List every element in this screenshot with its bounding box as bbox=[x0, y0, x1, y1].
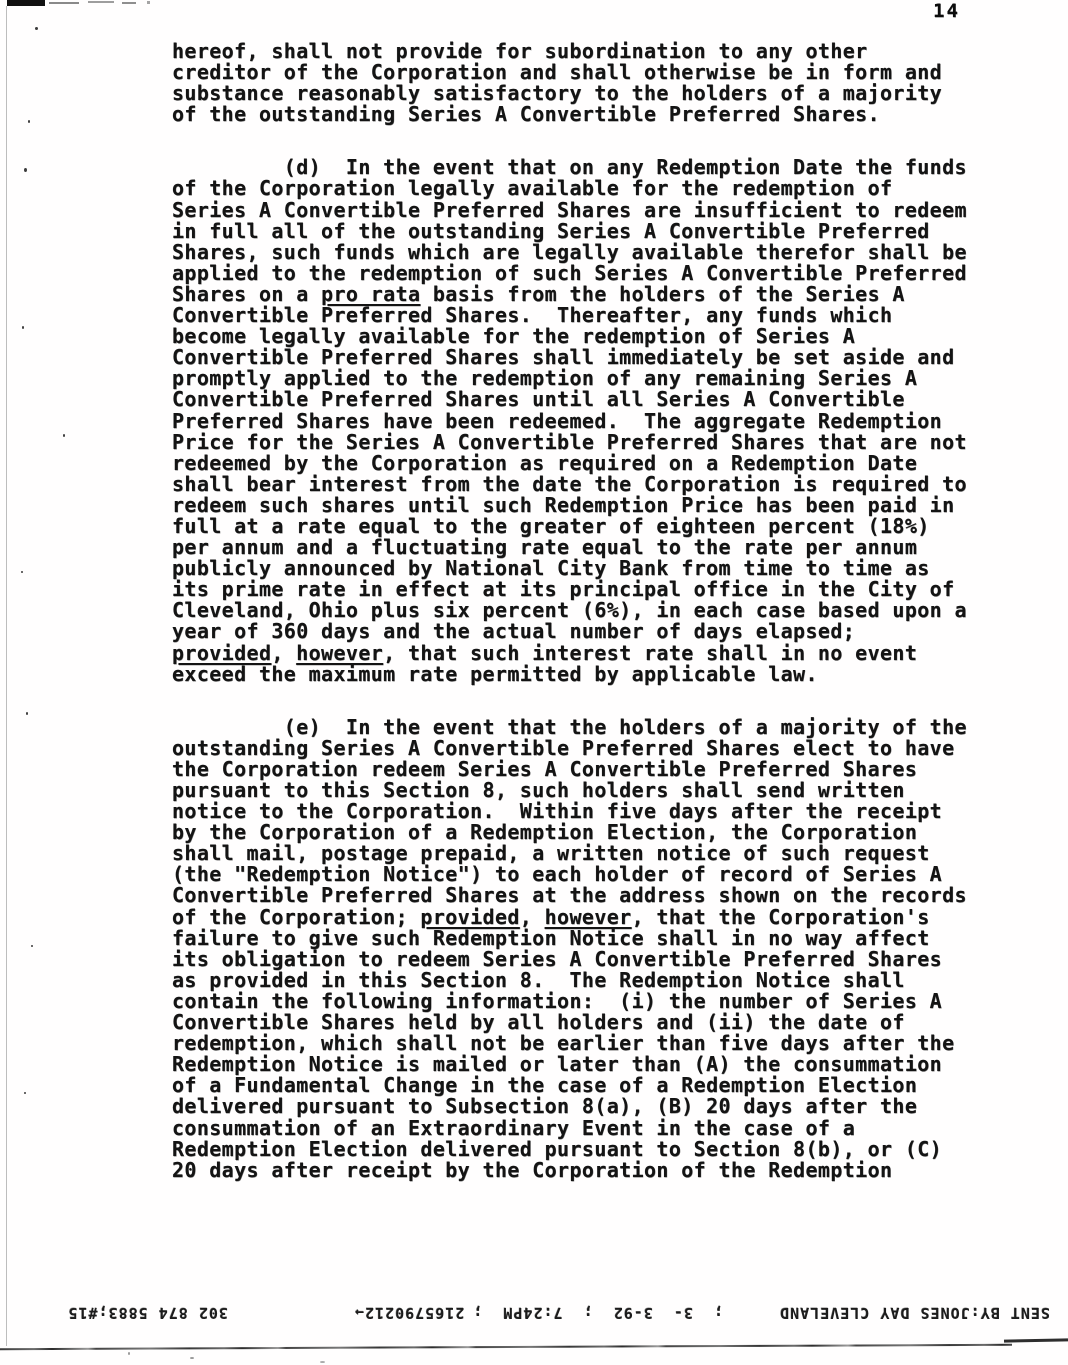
scan-left-edge-line bbox=[6, 6, 7, 1346]
text-line: Shares, such funds which are legally ava… bbox=[172, 242, 1002, 263]
text-line: (d) In the event that on any Redemption … bbox=[172, 157, 1002, 178]
text-line: Redemption Notice is mailed or later tha… bbox=[172, 1054, 1002, 1075]
text-line: redeemed by the Corporation as required … bbox=[172, 453, 1002, 474]
document-body: hereof, shall not provide for subordinat… bbox=[172, 41, 1002, 1181]
scan-corner-dash bbox=[49, 2, 79, 4]
scan-bottom-rule-right bbox=[1004, 1338, 1068, 1342]
text-line: Convertible Preferred Shares. Thereafter… bbox=[172, 305, 1002, 326]
text-line: Shares on a pro rata basis from the hold… bbox=[172, 284, 1002, 305]
text-line: the Corporation redeem Series A Converti… bbox=[172, 759, 1002, 780]
scan-speck bbox=[35, 27, 38, 30]
text-line: per annum and a fluctuating rate equal t… bbox=[172, 537, 1002, 558]
scan-speck bbox=[128, 1352, 130, 1355]
text-line: delivered pursuant to Subsection 8(a), (… bbox=[172, 1096, 1002, 1117]
text-line: Series A Convertible Preferred Shares ar… bbox=[172, 200, 1002, 221]
text-line: redeem such shares until such Redemption… bbox=[172, 495, 1002, 516]
text-line: applied to the redemption of such Series… bbox=[172, 263, 1002, 284]
text-line: shall bear interest from the date the Co… bbox=[172, 474, 1002, 495]
fax-header: SENT BY:JONES DAY CLEVELAND ; 3- 3-92 ; … bbox=[55, 1301, 1050, 1325]
text-line: by the Corporation of a Redemption Elect… bbox=[172, 822, 1002, 843]
text-line: year of 360 days and the actual number o… bbox=[172, 621, 1002, 642]
text-line: as provided in this Section 8. The Redem… bbox=[172, 970, 1002, 991]
scan-corner-mark bbox=[7, 0, 45, 6]
text-line: hereof, shall not provide for subordinat… bbox=[172, 41, 1002, 62]
text-line: pursuant to this Section 8, such holders… bbox=[172, 780, 1002, 801]
scan-corner-dash bbox=[88, 1, 114, 3]
scan-speck bbox=[26, 712, 28, 715]
text-line: promptly applied to the redemption of an… bbox=[172, 368, 1002, 389]
text-line: in full all of the outstanding Series A … bbox=[172, 221, 1002, 242]
fax-from-number: 2165790212→ bbox=[354, 1304, 464, 1322]
paragraph: (e) In the event that the holders of a m… bbox=[172, 717, 1002, 1181]
scanned-document-page: 14 hereof, shall not provide for subordi… bbox=[0, 0, 1068, 1365]
text-line: outstanding Series A Convertible Preferr… bbox=[172, 738, 1002, 759]
text-line: exceed the maximum rate permitted by app… bbox=[172, 664, 1002, 685]
scan-bottom-rule bbox=[0, 1344, 1012, 1350]
text-line: Redemption Election delivered pursuant t… bbox=[172, 1139, 1002, 1160]
scan-speck bbox=[63, 434, 65, 437]
text-line: substance reasonably satisfactory to the… bbox=[172, 83, 1002, 104]
scan-speck bbox=[190, 1357, 194, 1359]
text-line: Convertible Shares held by all holders a… bbox=[172, 1012, 1002, 1033]
text-line: its obligation to redeem Series A Conver… bbox=[172, 949, 1002, 970]
text-line: shall mail, postage prepaid, a written n… bbox=[172, 843, 1002, 864]
text-line: Preferred Shares have been redeemed. The… bbox=[172, 411, 1002, 432]
text-line: Convertible Preferred Shares until all S… bbox=[172, 389, 1002, 410]
paragraph: hereof, shall not provide for subordinat… bbox=[172, 41, 1002, 125]
scan-corner-dash bbox=[122, 2, 136, 4]
text-line: Convertible Preferred Shares shall immed… bbox=[172, 347, 1002, 368]
text-line: become legally available for the redempt… bbox=[172, 326, 1002, 347]
fax-to-number: 302 874 5883;#15 bbox=[68, 1304, 229, 1322]
fax-datetime: ; 3- 3-92 ; 7:24PM ; bbox=[472, 1304, 723, 1322]
text-line: failure to give such Redemption Notice s… bbox=[172, 928, 1002, 949]
scan-speck bbox=[320, 1361, 325, 1363]
text-line: (the "Redemption Notice") to each holder… bbox=[172, 864, 1002, 885]
text-line: Cleveland, Ohio plus six percent (6%), i… bbox=[172, 600, 1002, 621]
text-line: notice to the Corporation. Within five d… bbox=[172, 801, 1002, 822]
page-number: 14 bbox=[933, 0, 960, 22]
text-line: its prime rate in effect at its principa… bbox=[172, 579, 1002, 600]
text-line: Price for the Series A Convertible Prefe… bbox=[172, 432, 1002, 453]
text-line: (e) In the event that the holders of a m… bbox=[172, 717, 1002, 738]
text-line: Convertible Preferred Shares at the addr… bbox=[172, 885, 1002, 906]
text-line: of the Corporation legally available for… bbox=[172, 178, 1002, 199]
text-line: of a Fundamental Change in the case of a… bbox=[172, 1075, 1002, 1096]
scan-speck bbox=[21, 571, 23, 573]
scan-corner-tick bbox=[147, 1, 150, 4]
scan-speck bbox=[24, 1092, 26, 1094]
text-line: publicly announced by National City Bank… bbox=[172, 558, 1002, 579]
text-line: consummation of an Extraordinary Event i… bbox=[172, 1118, 1002, 1139]
text-line: redemption, which shall not be earlier t… bbox=[172, 1033, 1002, 1054]
scan-speck bbox=[22, 326, 24, 329]
scan-speck bbox=[28, 120, 30, 123]
paragraph: (d) In the event that on any Redemption … bbox=[172, 157, 1002, 684]
text-line: creditor of the Corporation and shall ot… bbox=[172, 62, 1002, 83]
text-line: full at a rate equal to the greater of e… bbox=[172, 516, 1002, 537]
scan-speck bbox=[31, 945, 33, 947]
text-line: of the outstanding Series A Convertible … bbox=[172, 104, 1002, 125]
text-line: provided, however, that such interest ra… bbox=[172, 643, 1002, 664]
scan-speck bbox=[24, 168, 27, 172]
fax-sender: SENT BY:JONES DAY CLEVELAND bbox=[779, 1304, 1050, 1322]
text-line: 20 days after receipt by the Corporation… bbox=[172, 1160, 1002, 1181]
text-line: of the Corporation; provided, however, t… bbox=[172, 907, 1002, 928]
text-line: contain the following information: (i) t… bbox=[172, 991, 1002, 1012]
